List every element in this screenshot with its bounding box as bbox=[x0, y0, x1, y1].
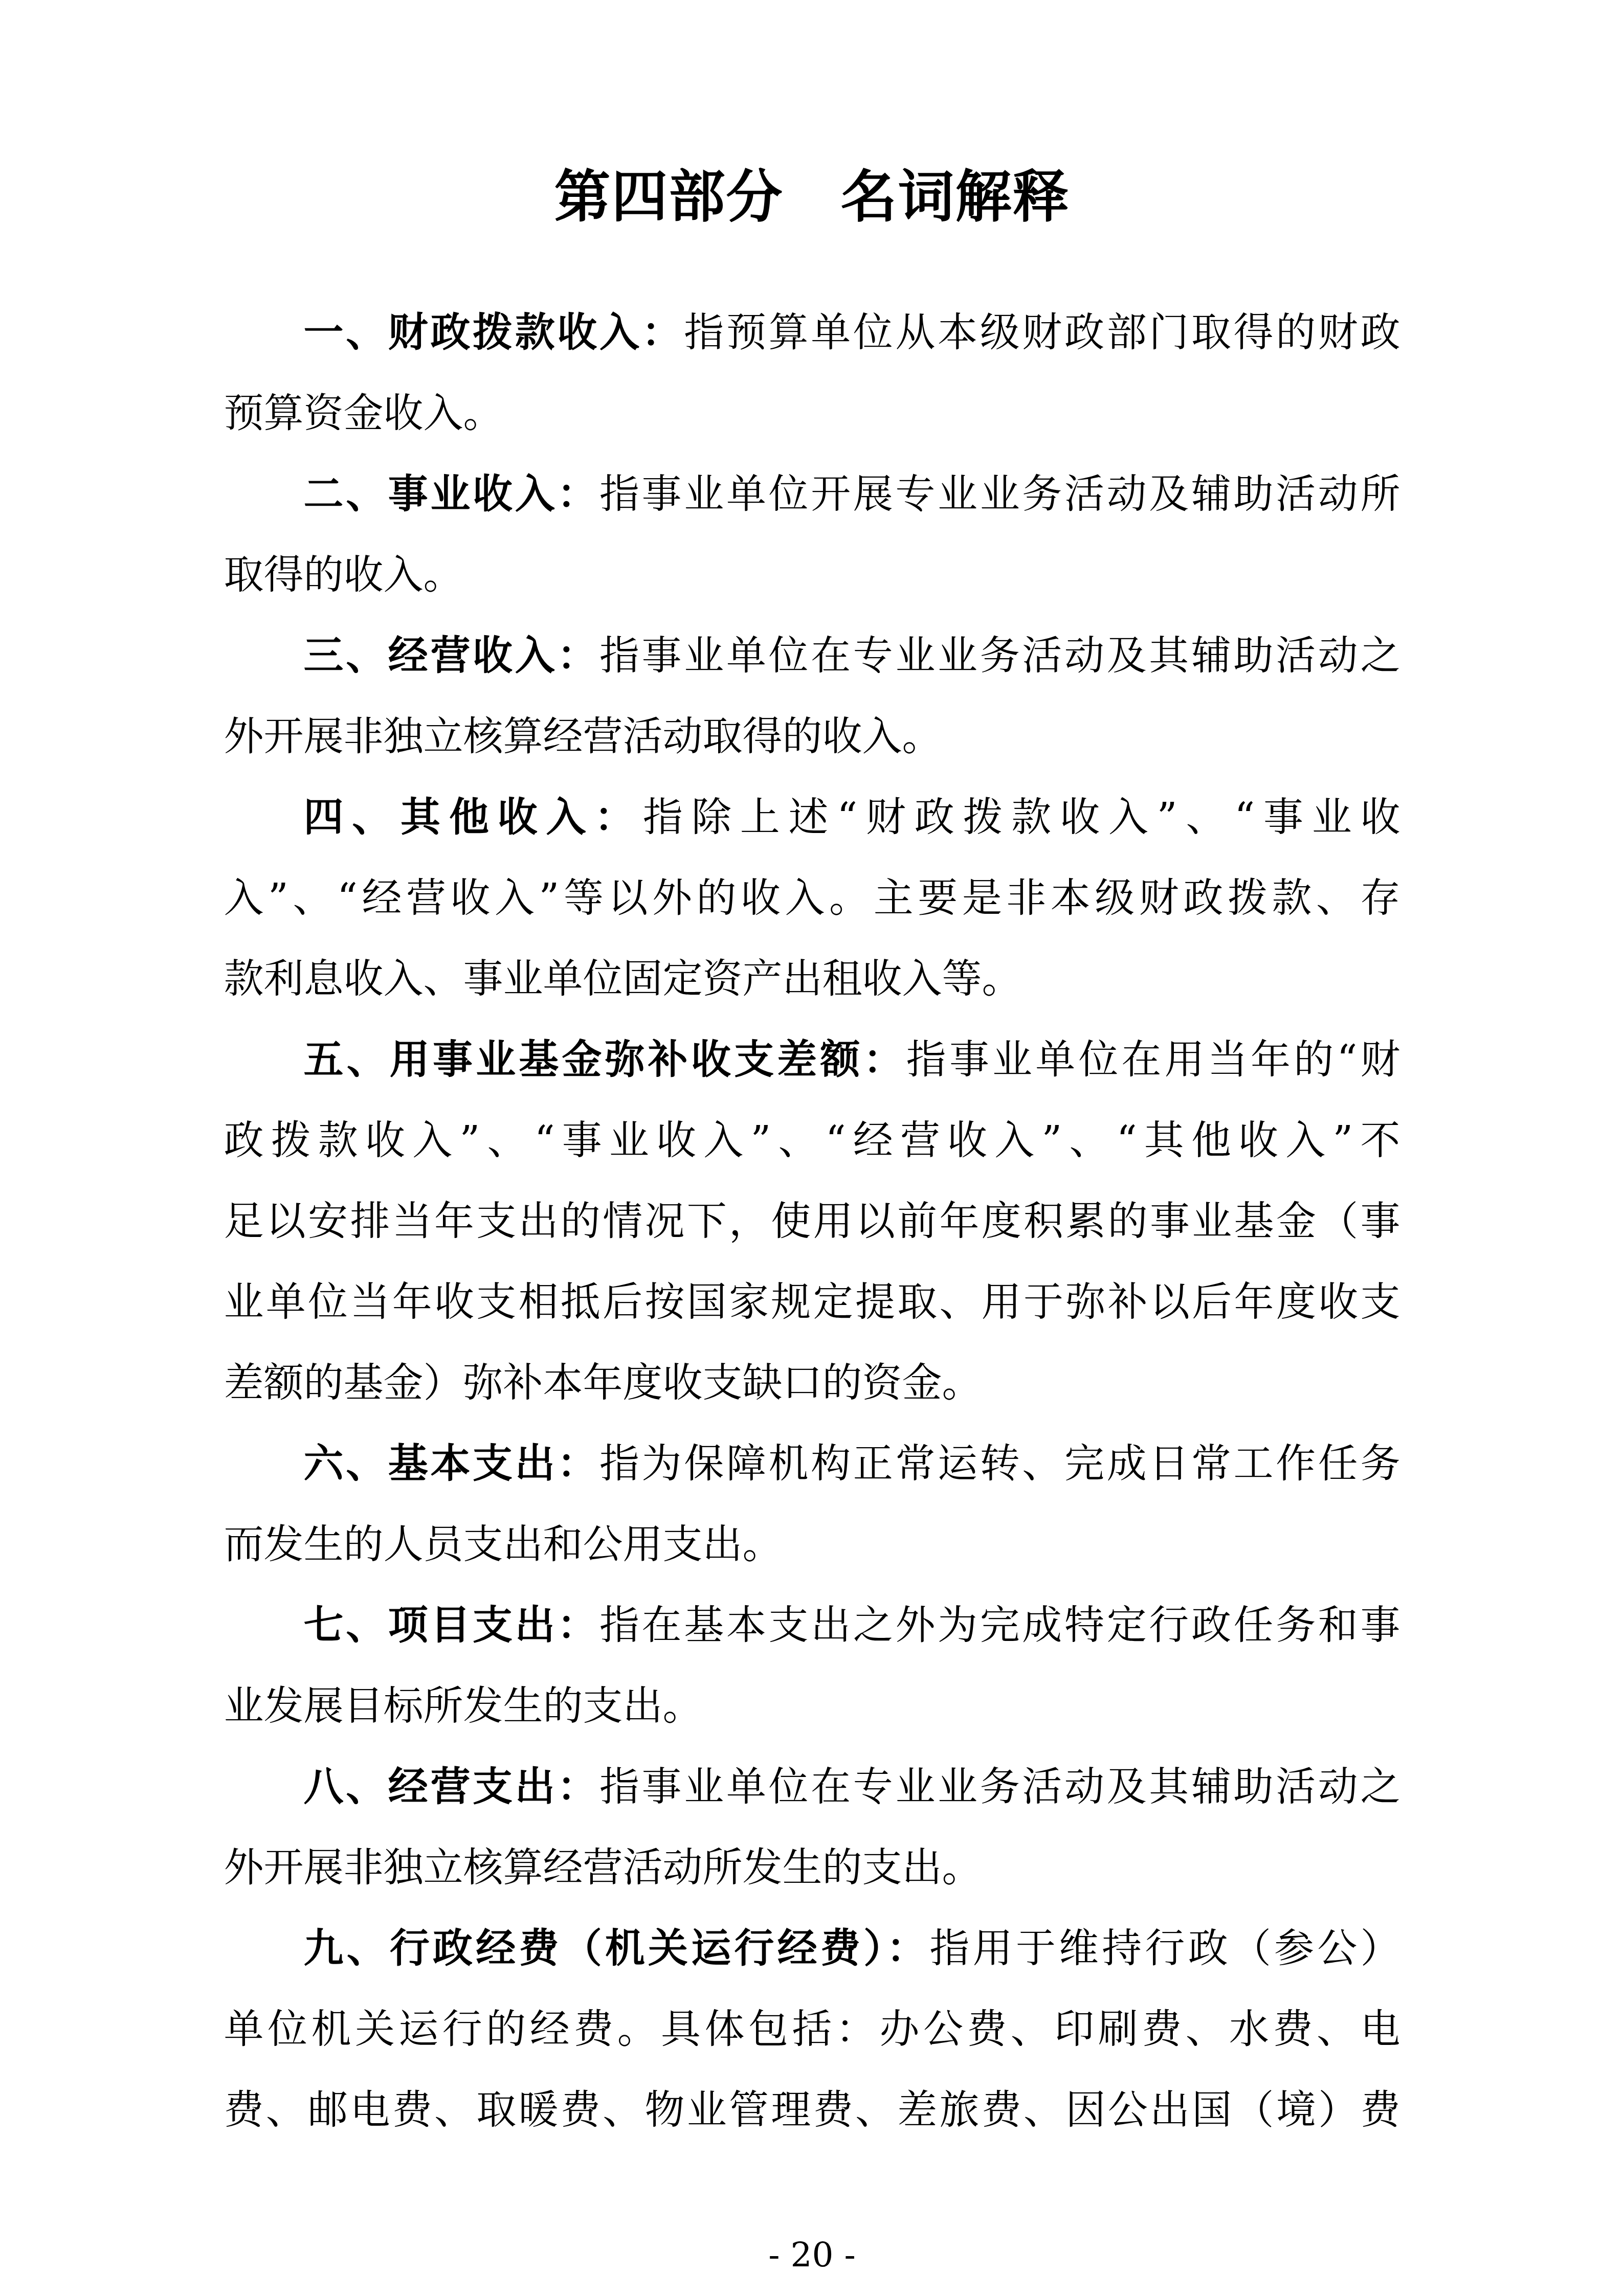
text-line: 二、事业收入：指事业单位开展专业业务活动及辅助活动所 bbox=[224, 454, 1400, 535]
text-line: 三、经营收入：指事业单位在专业业务活动及其辅助活动之 bbox=[224, 616, 1400, 696]
text-line: 九、行政经费（机关运行经费）：指用于维持行政（参公） bbox=[224, 1908, 1400, 1989]
text-line: 七、项目支出：指在基本支出之外为完成特定行政任务和事 bbox=[224, 1585, 1400, 1666]
text-line: 外开展非独立核算经营活动所发生的支出。 bbox=[224, 1828, 1400, 1908]
text-line: 单位机关运行的经费。具体包括：办公费、印刷费、水费、电 bbox=[224, 1989, 1400, 2070]
text-line: 业发展目标所发生的支出。 bbox=[224, 1666, 1400, 1747]
term-label: 三、经营收入： bbox=[304, 633, 599, 679]
line-text: 政拨款收入”、“事业收入”、“经营收入”、“其他收入”不 bbox=[224, 1118, 1400, 1164]
page-title: 第四部分 名词解释 bbox=[0, 0, 1624, 233]
text-line: 政拨款收入”、“事业收入”、“经营收入”、“其他收入”不 bbox=[224, 1100, 1400, 1181]
text-line: 差额的基金）弥补本年度收支缺口的资金。 bbox=[224, 1343, 1400, 1424]
text-line: 而发生的人员支出和公用支出。 bbox=[224, 1504, 1400, 1585]
line-text: 指为保障机构正常运转、完成日常工作任务 bbox=[599, 1441, 1400, 1487]
text-line: 入”、“经营收入”等以外的收入。主要是非本级财政拨款、存 bbox=[224, 858, 1400, 939]
text-line: 五、用事业基金弥补收支差额：指事业单位在用当年的“财 bbox=[224, 1020, 1400, 1100]
term-label: 四、其他收入： bbox=[304, 795, 643, 841]
line-text: 指事业单位在专业业务活动及其辅助活动之 bbox=[599, 633, 1400, 679]
term-label: 九、行政经费（机关运行经费）： bbox=[304, 1926, 930, 1972]
line-text: 取得的收入。 bbox=[224, 552, 463, 598]
line-text: 指事业单位开展专业业务活动及辅助活动所 bbox=[599, 471, 1400, 517]
line-text: 指预算单位从本级财政部门取得的财政 bbox=[684, 310, 1400, 356]
text-line: 外开展非独立核算经营活动取得的收入。 bbox=[224, 696, 1400, 777]
term-label: 七、项目支出： bbox=[304, 1603, 599, 1649]
text-line: 预算资金收入。 bbox=[224, 373, 1400, 454]
line-text: 预算资金收入。 bbox=[224, 391, 503, 437]
line-text: 入”、“经营收入”等以外的收入。主要是非本级财政拨款、存 bbox=[224, 875, 1400, 921]
term-label: 六、基本支出： bbox=[304, 1441, 599, 1487]
text-line: 六、基本支出：指为保障机构正常运转、完成日常工作任务 bbox=[224, 1424, 1400, 1504]
text-line: 费、邮电费、取暖费、物业管理费、差旅费、因公出国（境）费 bbox=[224, 2070, 1400, 2151]
line-text: 款利息收入、事业单位固定资产出租收入等。 bbox=[224, 956, 1022, 1002]
text-line: 款利息收入、事业单位固定资产出租收入等。 bbox=[224, 939, 1400, 1020]
line-text: 指在基本支出之外为完成特定行政任务和事 bbox=[599, 1603, 1400, 1649]
term-label: 一、财政拨款收入： bbox=[304, 310, 684, 356]
text-line: 八、经营支出：指事业单位在专业业务活动及其辅助活动之 bbox=[224, 1747, 1400, 1828]
line-text: 指除上述“财政拨款收入”、“事业收 bbox=[643, 795, 1400, 841]
term-label: 八、经营支出： bbox=[304, 1764, 599, 1810]
line-text: 差额的基金）弥补本年度收支缺口的资金。 bbox=[224, 1360, 982, 1406]
line-text: 外开展非独立核算经营活动取得的收入。 bbox=[224, 714, 942, 760]
text-line: 四、其他收入：指除上述“财政拨款收入”、“事业收 bbox=[224, 777, 1400, 858]
document-page: 第四部分 名词解释 一、财政拨款收入：指预算单位从本级财政部门取得的财政 预算资… bbox=[0, 0, 1624, 2296]
line-text: 指用于维持行政（参公） bbox=[929, 1926, 1400, 1972]
text-line: 取得的收入。 bbox=[224, 535, 1400, 616]
line-text: 业单位当年收支相抵后按国家规定提取、用于弥补以后年度收支 bbox=[224, 1279, 1400, 1325]
line-text: 而发生的人员支出和公用支出。 bbox=[224, 1522, 783, 1568]
page-number: - 20 - bbox=[0, 2235, 1624, 2276]
text-line: 一、财政拨款收入：指预算单位从本级财政部门取得的财政 bbox=[224, 292, 1400, 373]
line-text: 足以安排当年支出的情况下，使用以前年度积累的事业基金（事 bbox=[224, 1199, 1400, 1245]
line-text: 单位机关运行的经费。具体包括：办公费、印刷费、水费、电 bbox=[224, 2007, 1400, 2053]
text-line: 足以安排当年支出的情况下，使用以前年度积累的事业基金（事 bbox=[224, 1181, 1400, 1262]
line-text: 指事业单位在用当年的“财 bbox=[906, 1037, 1400, 1083]
term-label: 二、事业收入： bbox=[304, 471, 599, 517]
line-text: 费、邮电费、取暖费、物业管理费、差旅费、因公出国（境）费 bbox=[224, 2087, 1400, 2133]
line-text: 外开展非独立核算经营活动所发生的支出。 bbox=[224, 1845, 982, 1891]
line-text: 指事业单位在专业业务活动及其辅助活动之 bbox=[599, 1764, 1400, 1810]
line-text: 业发展目标所发生的支出。 bbox=[224, 1683, 703, 1729]
term-label: 五、用事业基金弥补收支差额： bbox=[304, 1037, 906, 1083]
document-body: 一、财政拨款收入：指预算单位从本级财政部门取得的财政 预算资金收入。 二、事业收… bbox=[224, 292, 1400, 2151]
text-line: 业单位当年收支相抵后按国家规定提取、用于弥补以后年度收支 bbox=[224, 1262, 1400, 1343]
